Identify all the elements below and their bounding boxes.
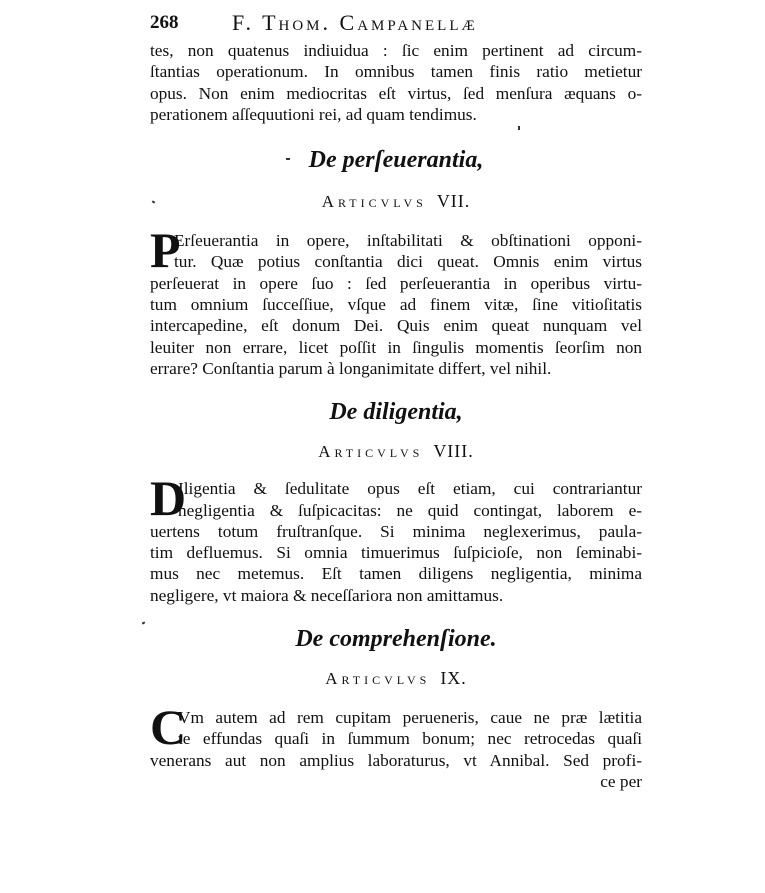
- section-perseuerantia: De perſeuerantia, ArticvlvsVII. P Erſeue…: [150, 145, 642, 379]
- drop-cap: P: [150, 228, 181, 272]
- print-speck: [286, 158, 290, 160]
- section-paragraph: P Erſeuerantia in opere, inſtabilitati &…: [150, 230, 642, 379]
- print-speck: [518, 126, 520, 130]
- articulus-heading: ArticvlvsVIII.: [150, 439, 642, 464]
- book-page: 268 F. Thom. Campanellæ tes, non quatenu…: [150, 8, 642, 792]
- intro-paragraph: tes, non quatenus indiuidua : ſic enim p…: [150, 40, 642, 125]
- articulus-heading: ArticvlvsIX.: [150, 666, 642, 691]
- text-line: opus. Non enim mediocritas eſt virtus, ſ…: [150, 83, 642, 104]
- section-paragraph: D Iligentia & ſedulitate opus eſt etiam,…: [150, 478, 642, 606]
- articulus-number: IX.: [440, 668, 467, 688]
- text-line: negligere, vt maiora & neceſſariora non …: [150, 585, 642, 606]
- drop-cap: C: [150, 705, 186, 749]
- articulus-label: Articvlvs: [322, 192, 427, 211]
- text-line: tim defluemus. Si omnia timuerimus ſuſpi…: [150, 542, 642, 563]
- section-comprehensione: De comprehenſione. ArticvlvsIX. C Vm aut…: [150, 624, 642, 792]
- text-line: Vm autem ad rem cupitam perueneris, caue…: [150, 707, 642, 728]
- page-number: 268: [150, 8, 179, 38]
- text-line: leuiter non errare, licet poſſit in ſing…: [150, 337, 642, 358]
- running-title: F. Thom. Campanellæ: [232, 8, 478, 38]
- running-head: 268 F. Thom. Campanellæ: [150, 8, 642, 38]
- print-speck: [142, 621, 146, 624]
- text-line: Erſeuerantia in opere, inſtabilitati & o…: [150, 230, 642, 251]
- section-title: De diligentia,: [150, 397, 642, 427]
- section-title: De comprehenſione.: [150, 624, 642, 654]
- text-line: venerans aut non amplius laboraturus, vt…: [150, 750, 642, 771]
- articulus-label: Articvlvs: [318, 442, 423, 461]
- text-line: ſtantias operationum. In omnibus tamen f…: [150, 61, 642, 82]
- articulus-label: Articvlvs: [325, 669, 430, 688]
- text-line: te effundas quaſi in ſummum bonum; nec r…: [150, 728, 642, 749]
- articulus-number: VIII.: [433, 441, 473, 461]
- text-line: uertens totum fruſtranſque. Si minima ne…: [150, 521, 642, 542]
- articulus-number: VII.: [437, 191, 471, 211]
- text-line: intercapedine, eſt donum Dei. Quis enim …: [150, 315, 642, 336]
- section-title: De perſeuerantia,: [150, 145, 642, 175]
- text-line: negligentia & ſuſpicacitas: ne quid cont…: [150, 500, 642, 521]
- text-line: mus nec metemus. Eſt tamen diligens negl…: [150, 563, 642, 584]
- drop-cap: D: [150, 476, 186, 520]
- text-line: tum omnium ſucceſſiue, vſque ad finem vi…: [150, 294, 642, 315]
- text-line: perſeuerat in opere ſuo : ſed perſeueran…: [150, 273, 642, 294]
- text-line: perationem aſſequutioni rei, ad quam ten…: [150, 104, 642, 125]
- articulus-heading: ArticvlvsVII.: [150, 189, 642, 214]
- text-line: tur. Quæ potius conſtantia dici queat. O…: [150, 251, 642, 272]
- text-line: tes, non quatenus indiuidua : ſic enim p…: [150, 40, 642, 61]
- catchword: ce per: [150, 771, 642, 792]
- section-paragraph: C Vm autem ad rem cupitam perueneris, ca…: [150, 707, 642, 792]
- text-line: errare? Conſtantia parum à longanimitate…: [150, 358, 642, 379]
- section-diligentia: De diligentia, ArticvlvsVIII. D Iligenti…: [150, 397, 642, 606]
- text-line: Iligentia & ſedulitate opus eſt etiam, c…: [150, 478, 642, 499]
